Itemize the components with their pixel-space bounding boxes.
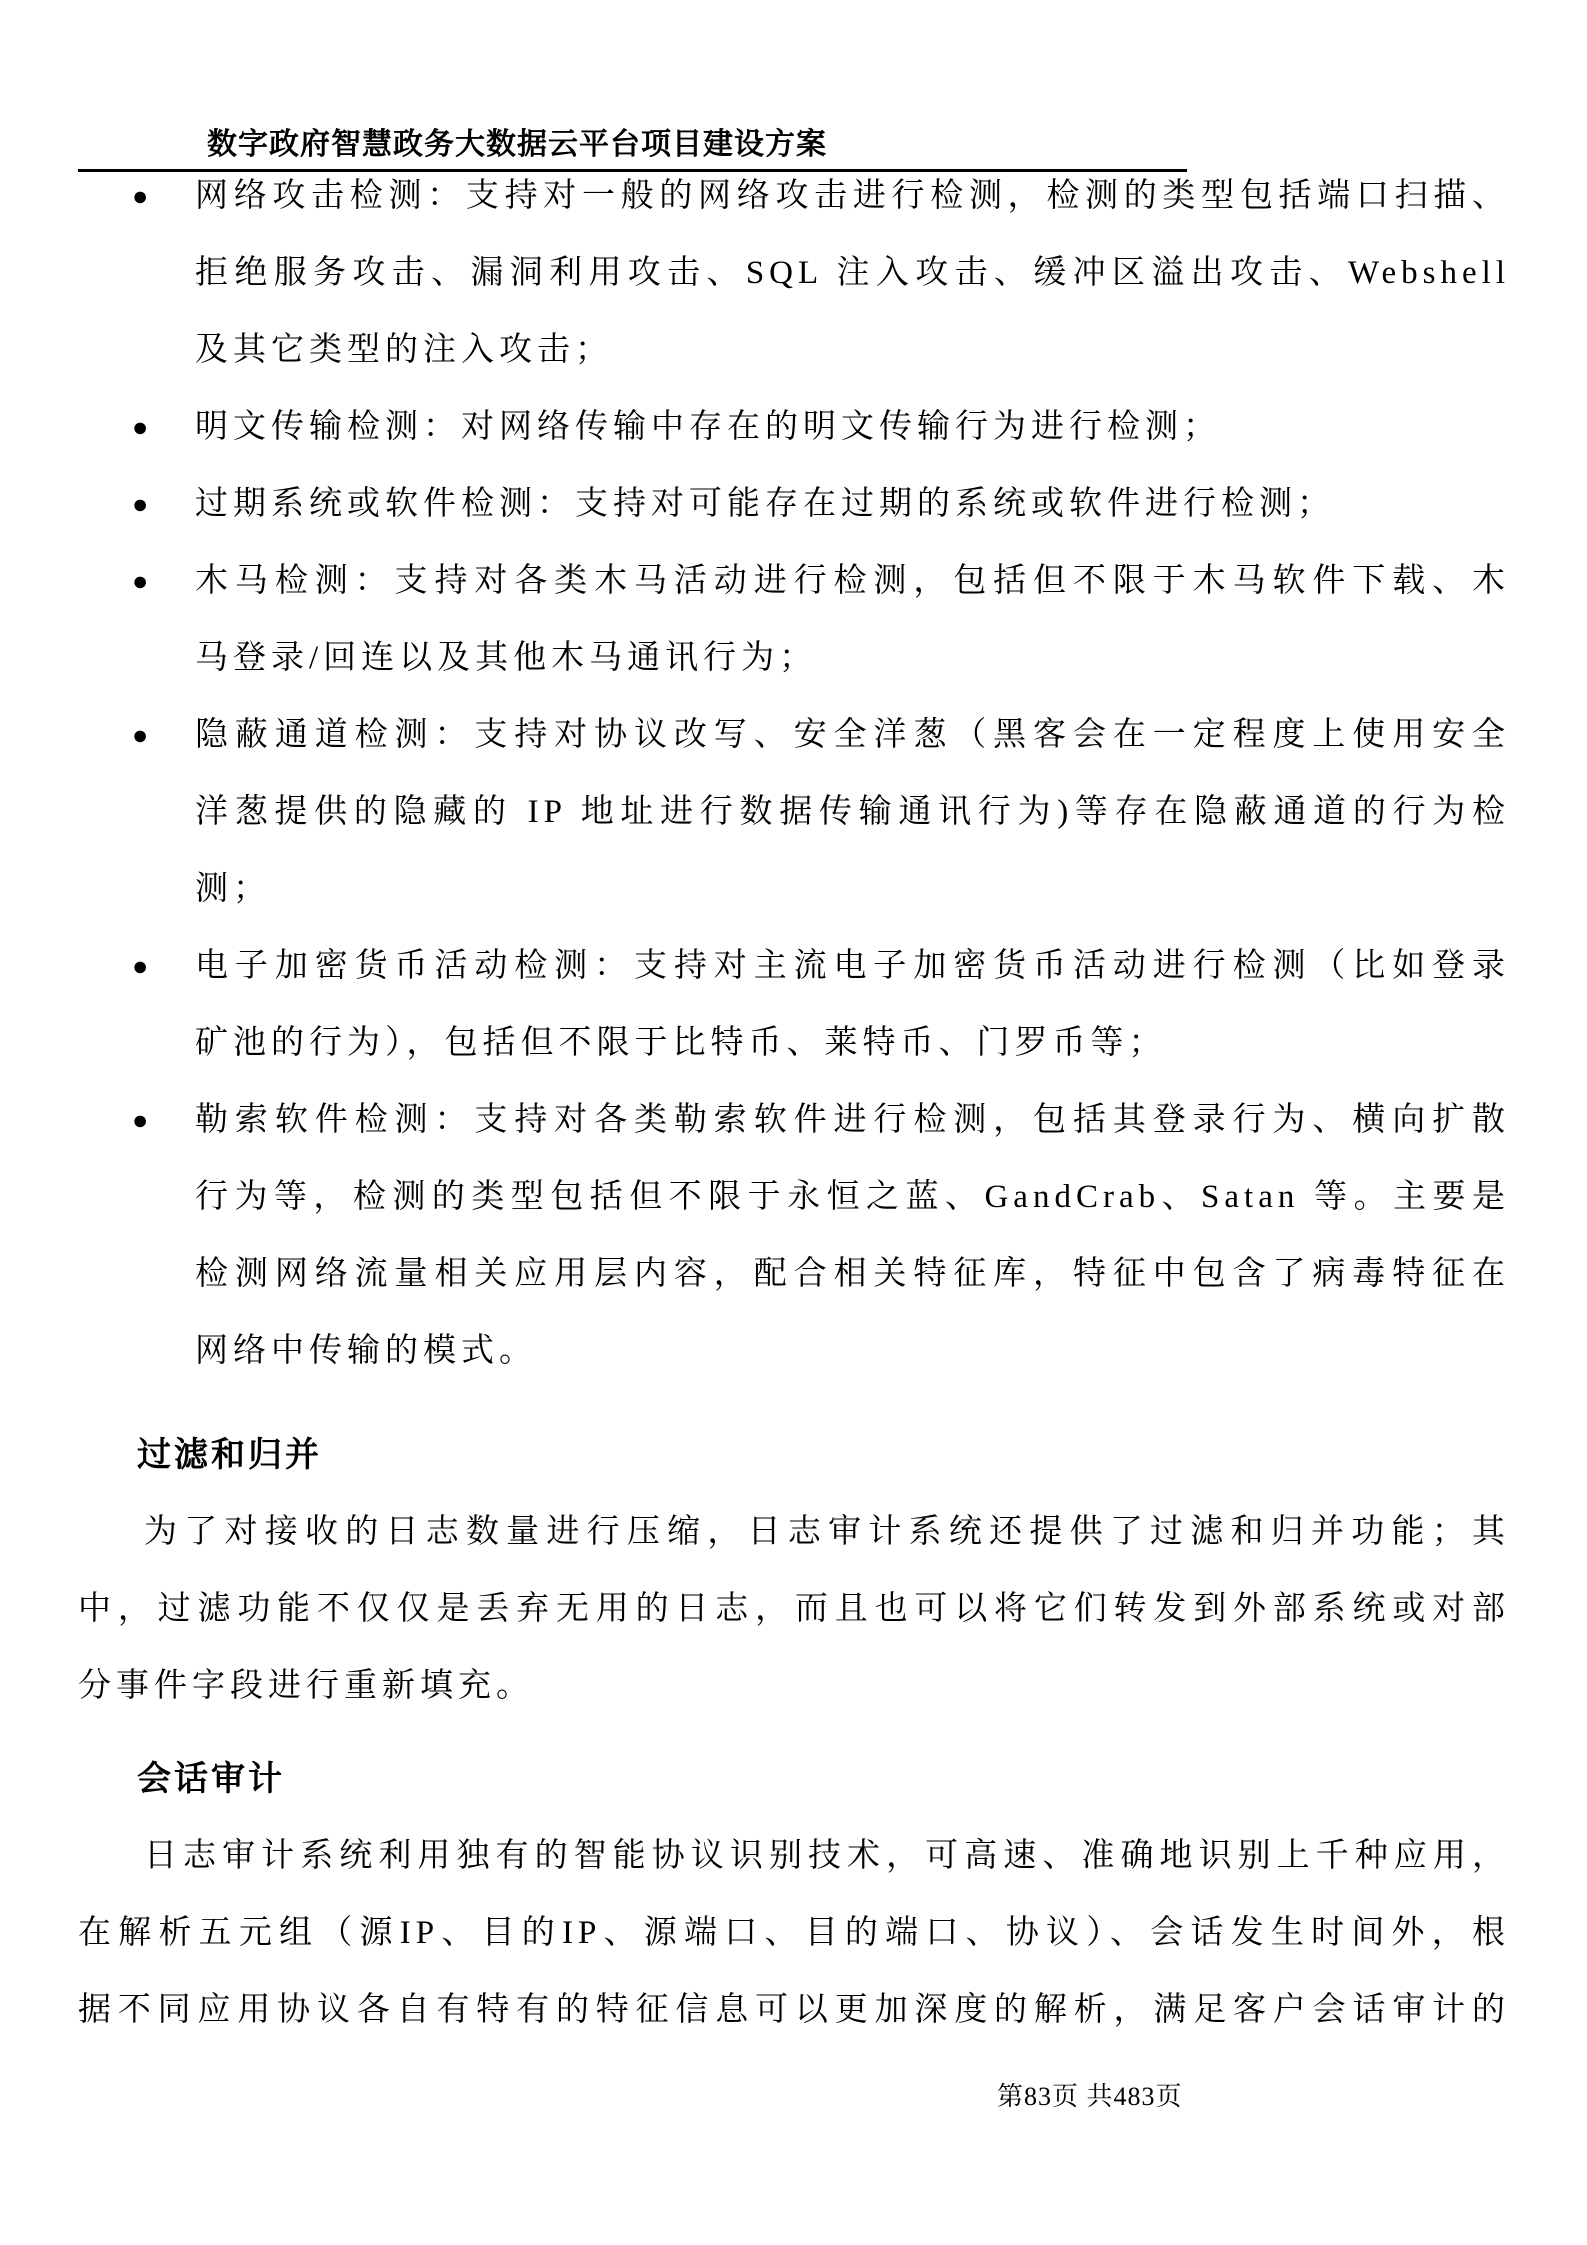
bullet-text: 勒索软件检测：支持对各类勒索软件进行检测，包括其登录行为、横向扩散行为等，检测的… xyxy=(195,1082,1510,1390)
text-line: 在解析五元组（源IP、目的IP、源端口、目的端口、协议）、会话发生时间外，根 xyxy=(78,1895,1510,1972)
bullet-icon: ● xyxy=(132,1082,148,1159)
text-line: 中，过滤功能不仅仅是丢弃无用的日志，而且也可以将它们转发到外部系统或对部 xyxy=(78,1571,1510,1648)
bullet-icon: ● xyxy=(132,928,148,1005)
text-line: 及其它类型的注入攻击； xyxy=(195,312,1510,389)
bullet-text: 过期系统或软件检测：支持对可能存在过期的系统或软件进行检测； xyxy=(195,466,1510,543)
bullet-text: 隐蔽通道检测：支持对协议改写、安全洋葱（黑客会在一定程度上使用安全洋葱提供的隐藏… xyxy=(195,697,1510,928)
text-line: 电子加密货币活动检测：支持对主流电子加密货币活动进行检测（比如登录 xyxy=(195,928,1510,1005)
text-line: 据不同应用协议各自有特有的特征信息可以更加深度的解析，满足客户会话审计的 xyxy=(78,1972,1510,2049)
document-header-title: 数字政府智慧政务大数据云平台项目建设方案 xyxy=(207,128,1587,162)
list-item: ● 勒索软件检测：支持对各类勒索软件进行检测，包括其登录行为、横向扩散行为等，检… xyxy=(78,1082,1510,1390)
bullet-icon: ● xyxy=(132,466,148,543)
text-line: 隐蔽通道检测：支持对协议改写、安全洋葱（黑客会在一定程度上使用安全 xyxy=(195,697,1510,774)
bullet-text: 网络攻击检测：支持对一般的网络攻击进行检测，检测的类型包括端口扫描、拒绝服务攻击… xyxy=(195,158,1510,389)
text-line: 矿池的行为），包括但不限于比特币、莱特币、门罗币等； xyxy=(195,1005,1510,1082)
list-item: ● 电子加密货币活动检测：支持对主流电子加密货币活动进行检测（比如登录矿池的行为… xyxy=(78,928,1510,1082)
list-item: ● 网络攻击检测：支持对一般的网络攻击进行检测，检测的类型包括端口扫描、拒绝服务… xyxy=(78,158,1510,389)
bullet-text: 明文传输检测：对网络传输中存在的明文传输行为进行检测； xyxy=(195,389,1510,466)
list-item: ● 明文传输检测：对网络传输中存在的明文传输行为进行检测； xyxy=(78,389,1510,466)
text-line: 网络中传输的模式。 xyxy=(195,1313,1510,1390)
bullet-text: 木马检测：支持对各类木马活动进行检测，包括但不限于木马软件下载、木马登录/回连以… xyxy=(195,543,1510,697)
text-line: 分事件字段进行重新填充。 xyxy=(78,1648,1510,1725)
list-item: ● 过期系统或软件检测：支持对可能存在过期的系统或软件进行检测； xyxy=(78,466,1510,543)
text-line: 洋葱提供的隐藏的 IP 地址进行数据传输通讯行为)等存在隐蔽通道的行为检 xyxy=(195,774,1510,851)
text-line: 拒绝服务攻击、漏洞利用攻击、SQL 注入攻击、缓冲区溢出攻击、Webshell xyxy=(195,235,1510,312)
document-body: ● 网络攻击检测：支持对一般的网络攻击进行检测，检测的类型包括端口扫描、拒绝服务… xyxy=(78,158,1510,2049)
section-heading-filter-merge: 过滤和归并 xyxy=(137,1417,1510,1494)
text-line: 马登录/回连以及其他木马通讯行为； xyxy=(195,620,1510,697)
bullet-icon: ● xyxy=(132,158,148,235)
text-line: 网络攻击检测：支持对一般的网络攻击进行检测，检测的类型包括端口扫描、 xyxy=(195,158,1510,235)
list-item: ● 隐蔽通道检测：支持对协议改写、安全洋葱（黑客会在一定程度上使用安全洋葱提供的… xyxy=(78,697,1510,928)
text-line: 测； xyxy=(195,851,1510,928)
bullet-list: ● 网络攻击检测：支持对一般的网络攻击进行检测，检测的类型包括端口扫描、拒绝服务… xyxy=(78,158,1510,1390)
text-line: 明文传输检测：对网络传输中存在的明文传输行为进行检测； xyxy=(195,389,1510,466)
text-line: 日志审计系统利用独有的智能协议识别技术，可高速、准确地识别上千种应用， xyxy=(78,1818,1510,1895)
list-item: ● 木马检测：支持对各类木马活动进行检测，包括但不限于木马软件下载、木马登录/回… xyxy=(78,543,1510,697)
bullet-icon: ● xyxy=(132,697,148,774)
bullet-text: 电子加密货币活动检测：支持对主流电子加密货币活动进行检测（比如登录矿池的行为），… xyxy=(195,928,1510,1082)
text-line: 勒索软件检测：支持对各类勒索软件进行检测，包括其登录行为、横向扩散 xyxy=(195,1082,1510,1159)
text-line: 行为等，检测的类型包括但不限于永恒之蓝、GandCrab、Satan 等。主要是 xyxy=(195,1159,1510,1236)
text-line: 检测网络流量相关应用层内容，配合相关特征库，特征中包含了病毒特征在 xyxy=(195,1236,1510,1313)
paragraph-filter-merge: 为了对接收的日志数量进行压缩，日志审计系统还提供了过滤和归并功能；其中，过滤功能… xyxy=(78,1494,1510,1725)
bullet-icon: ● xyxy=(132,543,148,620)
bullet-icon: ● xyxy=(132,389,148,466)
section-heading-session-audit: 会话审计 xyxy=(137,1741,1510,1818)
page-number: 第83页 共483页 xyxy=(997,2082,1183,2112)
text-line: 过期系统或软件检测：支持对可能存在过期的系统或软件进行检测； xyxy=(195,466,1510,543)
text-line: 木马检测：支持对各类木马活动进行检测，包括但不限于木马软件下载、木 xyxy=(195,543,1510,620)
paragraph-session-audit: 日志审计系统利用独有的智能协议识别技术，可高速、准确地识别上千种应用，在解析五元… xyxy=(78,1818,1510,2049)
document-page: 数字政府智慧政务大数据云平台项目建设方案 ● 网络攻击检测：支持对一般的网络攻击… xyxy=(0,0,1587,2245)
text-line: 为了对接收的日志数量进行压缩，日志审计系统还提供了过滤和归并功能；其 xyxy=(78,1494,1510,1571)
